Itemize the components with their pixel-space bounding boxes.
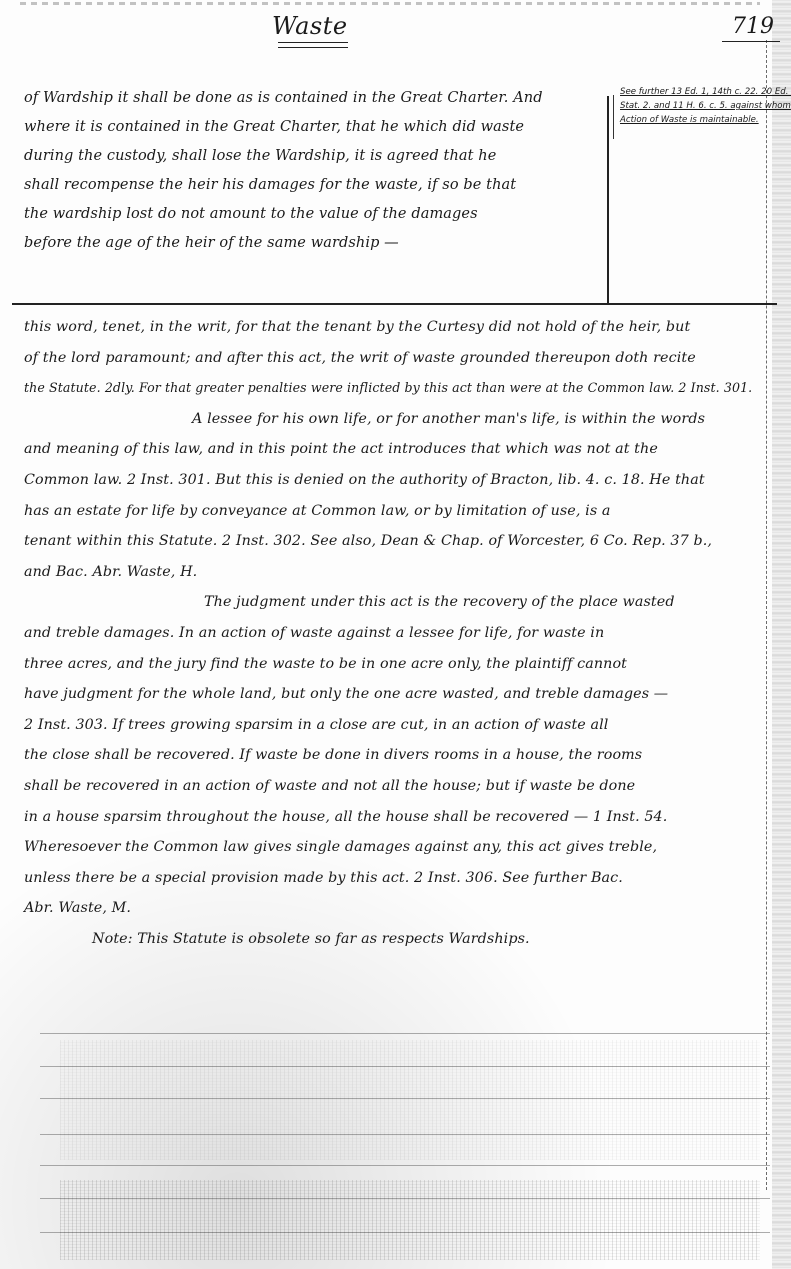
text-line: Wheresoever the Common law gives single …	[24, 832, 769, 863]
text-line: shall recompense the heir his damages fo…	[24, 171, 604, 200]
text-line: have judgment for the whole land, but on…	[24, 679, 769, 710]
note-line: Note: This Statute is obsolete so far as…	[24, 924, 769, 955]
column-divider	[607, 96, 609, 304]
text-line: and Bac. Abr. Waste, H.	[24, 557, 769, 588]
scan-smudge	[20, 2, 760, 5]
paragraph-start-line: A lessee for his own life, or for anothe…	[24, 404, 769, 435]
text-line: during the custody, shall lose the Wards…	[24, 142, 604, 171]
text-line: Abr. Waste, M.	[24, 893, 769, 924]
ruled-line	[40, 1033, 770, 1034]
margin-note-line: Stat. 2. and 11 H. 6. c. 5. against whom	[620, 99, 770, 113]
text-line: has an estate for life by conveyance at …	[24, 496, 769, 527]
margin-note-bracket	[613, 95, 614, 139]
text-line: 2 Inst. 303. If trees growing sparsim in…	[24, 710, 769, 741]
text-line: tenant within this Statute. 2 Inst. 302.…	[24, 526, 769, 557]
top-section: of Wardship it shall be done as is conta…	[0, 60, 791, 304]
title-double-underline	[278, 42, 348, 48]
text-line: and meaning of this law, and in this poi…	[24, 434, 769, 465]
text-line: the close shall be recovered. If waste b…	[24, 740, 769, 771]
text-line: the Statute. 2dly. For that greater pena…	[24, 373, 769, 404]
section-divider	[12, 303, 777, 305]
margin-note-line: See further 13 Ed. 1, 14th c. 22. 20 Ed.…	[620, 85, 770, 99]
text-line: of the lord paramount; and after this ac…	[24, 343, 769, 374]
scan-noise	[60, 1040, 760, 1160]
scan-noise	[60, 1180, 760, 1260]
top-paragraph: of Wardship it shall be done as is conta…	[24, 84, 604, 258]
text-line: of Wardship it shall be done as is conta…	[24, 84, 604, 113]
text-line: three acres, and the jury find the waste…	[24, 649, 769, 680]
text-line: shall be recovered in an action of waste…	[24, 771, 769, 802]
text-line: where it is contained in the Great Chart…	[24, 113, 604, 142]
text-line: unless there be a special provision made…	[24, 863, 769, 894]
margin-note-line: Action of Waste is maintainable.	[620, 113, 770, 127]
text-line: in a house sparsim throughout the house,…	[24, 802, 769, 833]
margin-note: See further 13 Ed. 1, 14th c. 22. 20 Ed.…	[620, 85, 770, 127]
text-line: and treble damages. In an action of wast…	[24, 618, 769, 649]
text-line: the wardship lost do not amount to the v…	[24, 200, 604, 229]
main-body: this word, tenet, in the writ, for that …	[24, 312, 769, 954]
text-line: Common law. 2 Inst. 301. But this is den…	[24, 465, 769, 496]
page-number: 719	[722, 14, 780, 42]
manuscript-page: Waste 719 of Wardship it shall be done a…	[0, 0, 791, 1269]
paragraph-start-line: The judgment under this act is the recov…	[24, 587, 769, 618]
text-line: this word, tenet, in the writ, for that …	[24, 312, 769, 343]
page-title: Waste	[272, 12, 348, 40]
ruled-line	[40, 1165, 770, 1166]
text-line: before the age of the heir of the same w…	[24, 229, 604, 258]
